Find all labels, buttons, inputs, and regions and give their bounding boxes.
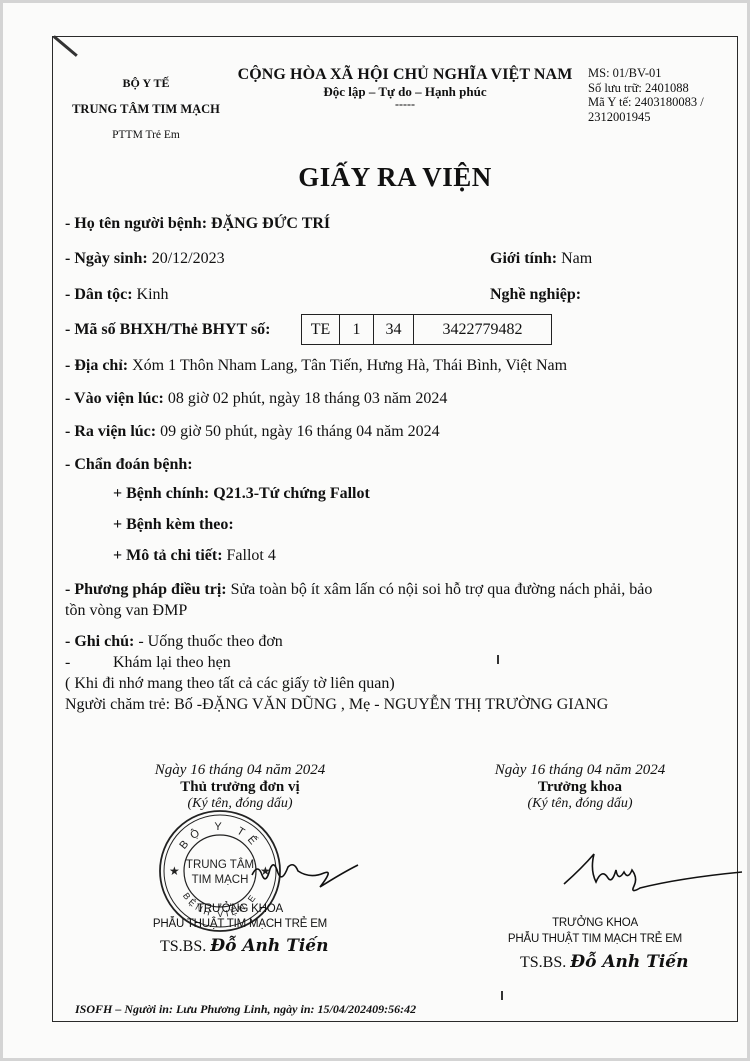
main-diagnosis-row: + Bệnh chính: Q21.3-Tứ chứng Fallot: [113, 485, 370, 503]
ethnicity-row: - Dân tộc: Kinh: [65, 286, 169, 304]
gender-value: Nam: [561, 250, 592, 267]
stamp-center-line-1: TRUNG TÂM: [186, 858, 254, 871]
dob-value: 20/12/2023: [152, 250, 225, 267]
left-signature-date: Ngày 16 tháng 04 năm 2024: [110, 762, 370, 779]
center-name: TRUNG TÂM TIM MẠCH: [52, 96, 240, 122]
left-signer: TS.BS. Đỗ Anh Tiến: [160, 936, 328, 956]
medical-code-2: 2312001945: [588, 110, 704, 125]
ministry-name: BỘ Y TẾ: [52, 70, 240, 96]
patient-name-label: - Họ tên người bệnh:: [65, 215, 207, 232]
admission-in-row: - Vào viện lúc: 08 giờ 02 phút, ngày 18 …: [65, 390, 447, 408]
treatment-value: Sửa toàn bộ ít xâm lấn có nội soi hỗ trợ…: [231, 581, 653, 598]
right-signature-instruction: (Ký tên, đóng dấu): [455, 796, 705, 812]
occupation-row: Nghề nghiệp:: [490, 286, 581, 304]
gender-label: Giới tính:: [490, 250, 557, 267]
notes-row: - Ghi chú: - Uống thuốc theo đơn: [65, 633, 283, 651]
form-code: MS: 01/BV-01: [588, 66, 704, 81]
main-diagnosis-label: + Bệnh chính:: [113, 485, 209, 502]
secondary-diagnosis-row: + Bệnh kèm theo:: [113, 516, 234, 534]
national-header: CỘNG HÒA XÃ HỘI CHỦ NGHĨA VIỆT NAM Độc l…: [225, 66, 585, 108]
left-signer-prefix: TS.BS.: [160, 938, 206, 955]
left-handwritten-signature-icon: [250, 845, 360, 895]
diagnosis-detail-value: Fallot 4: [227, 547, 276, 564]
note-item-1: - Uống thuốc theo đơn: [138, 633, 282, 650]
documents-reminder: ( Khi đi nhớ mang theo tất cả các giấy t…: [65, 675, 395, 693]
svg-text:★: ★: [169, 864, 180, 878]
left-signer-name: Đỗ Anh Tiến: [210, 936, 328, 956]
occupation-label: Nghề nghiệp:: [490, 286, 581, 303]
issuer-block: BỘ Y TẾ TRUNG TÂM TIM MẠCH PTTM Trẻ Em: [52, 70, 240, 148]
diagnosis-detail-row: + Mô tả chi tiết: Fallot 4: [113, 547, 276, 565]
dob-row: - Ngày sinh: 20/12/2023: [65, 250, 225, 268]
pen-mark: [501, 991, 503, 1000]
address-label: - Địa chỉ:: [65, 357, 128, 374]
patient-name-row: - Họ tên người bệnh: ĐẶNG ĐỨC TRÍ: [65, 215, 330, 233]
left-signature-header: Ngày 16 tháng 04 năm 2024 Thủ trưởng đơn…: [110, 762, 370, 812]
archive-number: Số lưu trữ: 2401088: [588, 81, 704, 96]
right-signature-role: Trưởng khoa: [455, 779, 705, 796]
main-diagnosis-value: Q21.3-Tứ chứng Fallot: [213, 485, 370, 502]
left-title-1: TRƯỞNG KHOA: [150, 903, 330, 915]
gender-row: Giới tính: Nam: [490, 250, 592, 268]
left-title-2: PHẪU THUẬT TIM MẠCH TRẺ EM: [145, 918, 335, 930]
admission-out-value: 09 giờ 50 phút, ngày 16 tháng 04 năm 202…: [160, 423, 440, 440]
admission-out-label: - Ra viện lúc:: [65, 423, 156, 440]
insurance-cell-province: 34: [374, 315, 414, 344]
diagnosis-detail-label: + Mô tả chi tiết:: [113, 547, 223, 564]
treatment-label: - Phương pháp điều trị:: [65, 581, 227, 598]
pen-mark: [497, 655, 499, 664]
notes-label: - Ghi chú:: [65, 633, 134, 650]
left-signature-role: Thủ trưởng đơn vị: [110, 779, 370, 796]
right-signature-date: Ngày 16 tháng 04 năm 2024: [455, 762, 705, 779]
ethnicity-label: - Dân tộc:: [65, 286, 133, 303]
insurance-label: - Mã số BHXH/Thẻ BHYT số:: [65, 321, 271, 338]
right-signer-prefix: TS.BS.: [520, 954, 566, 971]
right-handwritten-signature-icon: [560, 848, 745, 898]
insurance-cell-benefit: 1: [340, 315, 374, 344]
department-name: PTTM Trẻ Em: [52, 122, 240, 148]
right-title-2: PHẪU THUẬT TIM MẠCH TRẺ EM: [500, 933, 690, 945]
dob-label: - Ngày sinh:: [65, 250, 148, 267]
note-item-2-dash: -: [65, 654, 70, 672]
admission-out-row: - Ra viện lúc: 09 giờ 50 phút, ngày 16 t…: [65, 423, 440, 441]
stamp-center-line-2: TIM MẠCH: [192, 874, 249, 886]
ethnicity-value: Kinh: [137, 286, 169, 303]
right-signer: TS.BS. Đỗ Anh Tiến: [520, 952, 688, 972]
header-separator: -----: [225, 100, 585, 108]
document-title: GIẤY RA VIỆN: [52, 162, 738, 193]
insurance-number-boxes: TE 1 34 3422779482: [301, 314, 552, 345]
print-info: ISOFH – Người in: Lưu Phương Linh, ngày …: [75, 1002, 416, 1017]
right-signature-header: Ngày 16 tháng 04 năm 2024 Trưởng khoa (K…: [455, 762, 705, 812]
note-item-2: Khám lại theo hẹn: [113, 654, 231, 672]
insurance-cell-number: 3422779482: [414, 315, 551, 344]
insurance-cell-prefix: TE: [302, 315, 340, 344]
patient-name: ĐẶNG ĐỨC TRÍ: [211, 215, 330, 232]
admission-in-value: 08 giờ 02 phút, ngày 18 tháng 03 năm 202…: [168, 390, 448, 407]
caregiver-info: Người chăm trẻ: Bố -ĐẶNG VĂN DŨNG , Mẹ -…: [65, 696, 608, 714]
secondary-diagnosis-label: + Bệnh kèm theo:: [113, 516, 234, 533]
nation-name: CỘNG HÒA XÃ HỘI CHỦ NGHĨA VIỆT NAM: [225, 66, 585, 84]
address-value: Xóm 1 Thôn Nham Lang, Tân Tiến, Hưng Hà,…: [132, 357, 567, 374]
right-title-1: TRƯỞNG KHOA: [500, 917, 690, 929]
insurance-row: - Mã số BHXH/Thẻ BHYT số:: [65, 321, 271, 339]
admission-in-label: - Vào viện lúc:: [65, 390, 164, 407]
treatment-row: - Phương pháp điều trị: Sửa toàn bộ ít x…: [65, 581, 652, 599]
right-signer-name: Đỗ Anh Tiến: [570, 952, 688, 972]
form-codes: MS: 01/BV-01 Số lưu trữ: 2401088 Mã Y tế…: [588, 66, 704, 124]
diagnosis-label: - Chẩn đoán bệnh:: [65, 456, 193, 474]
address-row: - Địa chỉ: Xóm 1 Thôn Nham Lang, Tân Tiế…: [65, 357, 567, 375]
treatment-value-continued: tồn vòng van ĐMP: [65, 602, 187, 620]
medical-code: Mã Y tế: 2403180083 /: [588, 95, 704, 110]
